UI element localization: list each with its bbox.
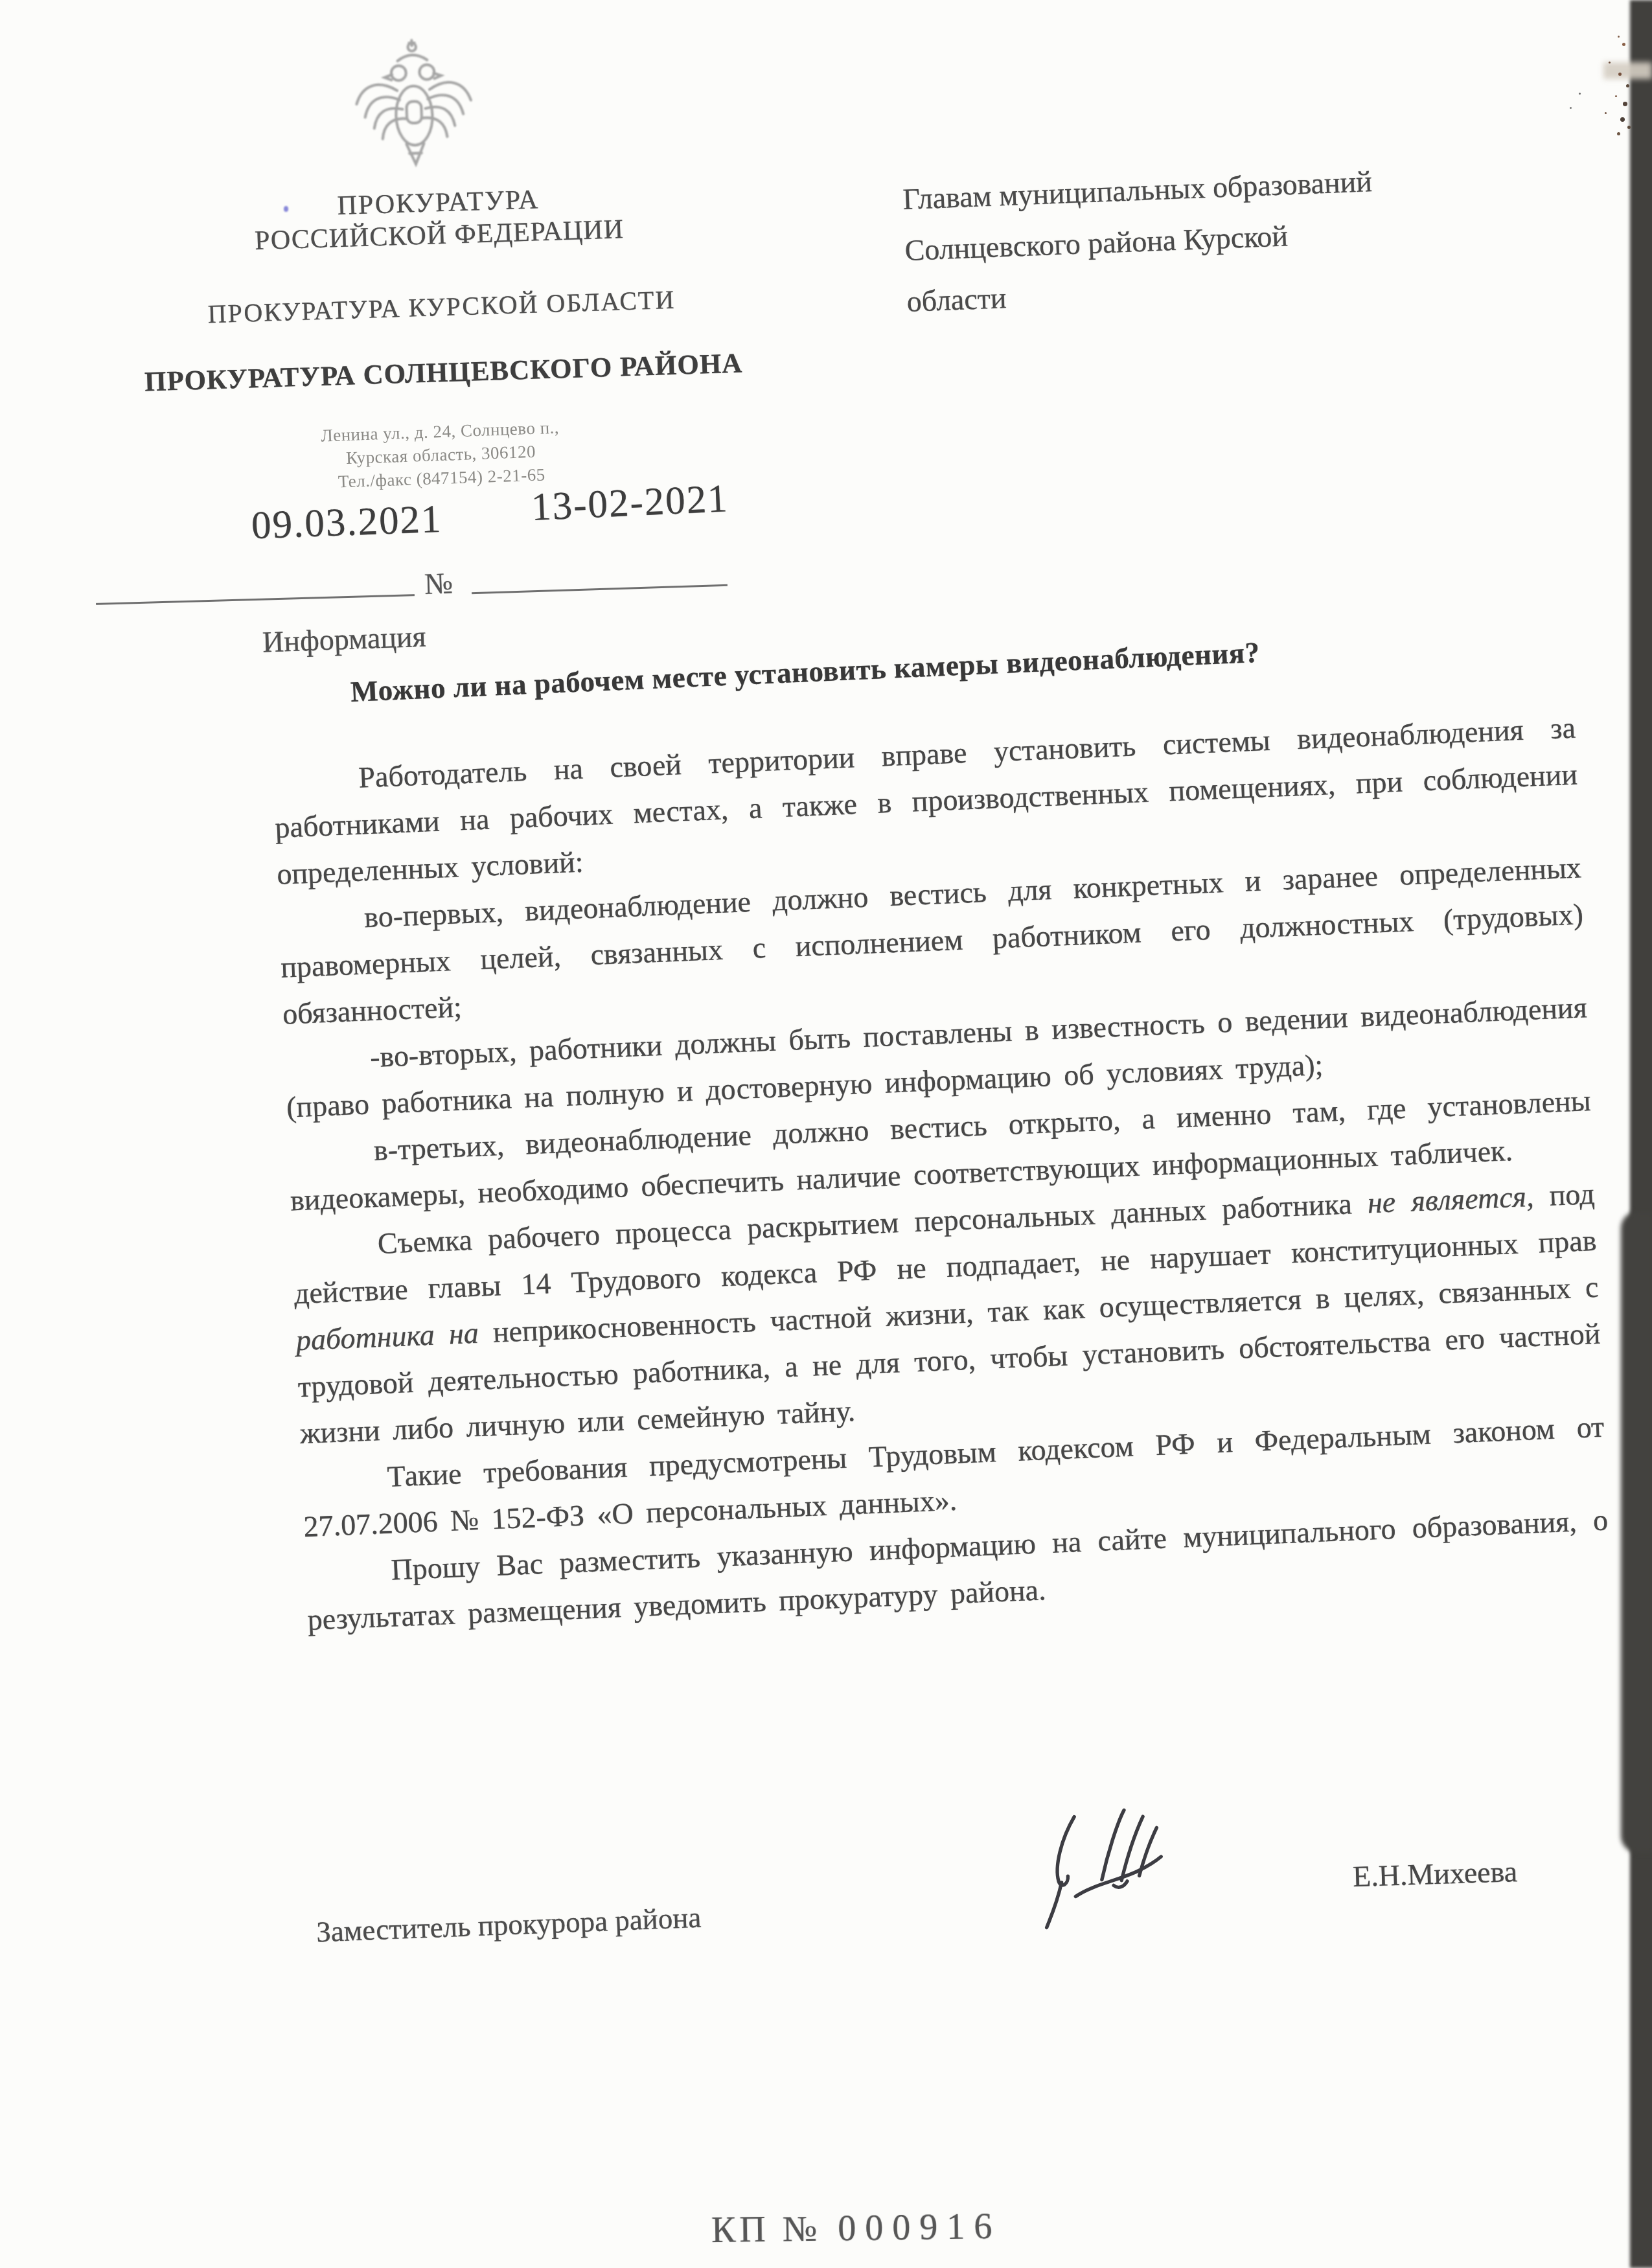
doc-title: Можно ли на рабочем месте установить кам… — [350, 622, 1568, 709]
footer-stamp-number: 000916 — [838, 2206, 1002, 2249]
org-name-line4: ПРОКУРАТУРА СОЛНЦЕВСКОГО РАЙОНА — [141, 347, 747, 398]
scanner-edge-band — [1630, 0, 1652, 2268]
body-text-italic: работника на — [295, 1316, 479, 1357]
body-text-italic: не является, — [1367, 1180, 1535, 1219]
footer-stamp: КП №000916 — [711, 2206, 1002, 2251]
signature-icon — [1030, 1794, 1182, 1940]
doc-body: Работодатель на своей территории вправе … — [272, 705, 1611, 1644]
signatory-position-title: Заместитель прокурора района — [315, 1901, 702, 1949]
doc-kind-label: Информация — [262, 619, 426, 659]
scanner-edge-smear — [1603, 62, 1652, 79]
scanned-letter-page: ПРОКУРАТУРА РОССИЙСКОЙ ФЕДЕРАЦИИ ПРОКУРА… — [0, 0, 1652, 2268]
registration-blank-line-left — [96, 594, 415, 605]
letterhead-block: ПРОКУРАТУРА РОССИЙСКОЙ ФЕДЕРАЦИИ ПРОКУРА… — [135, 177, 746, 398]
number-sign: № — [424, 566, 453, 601]
date-stamp-incoming: 13-02-2021 — [531, 476, 730, 531]
date-stamp-outgoing: 09.03.2021 — [251, 497, 443, 549]
org-name-line3: ПРОКУРАТУРА КУРСКОЙ ОБЛАСТИ — [138, 282, 744, 331]
dirt-speckles — [1618, 36, 1620, 38]
coat-of-arms-icon — [343, 35, 485, 181]
footer-stamp-prefix: КП № — [711, 2209, 821, 2251]
signatory-name: Е.Н.Михеева — [1352, 1854, 1518, 1894]
scanner-edge-bulge — [1621, 1211, 1652, 1853]
addressee-block: Главам муниципальных образований Солнцев… — [902, 149, 1548, 327]
registration-blank-line-right — [472, 584, 728, 594]
